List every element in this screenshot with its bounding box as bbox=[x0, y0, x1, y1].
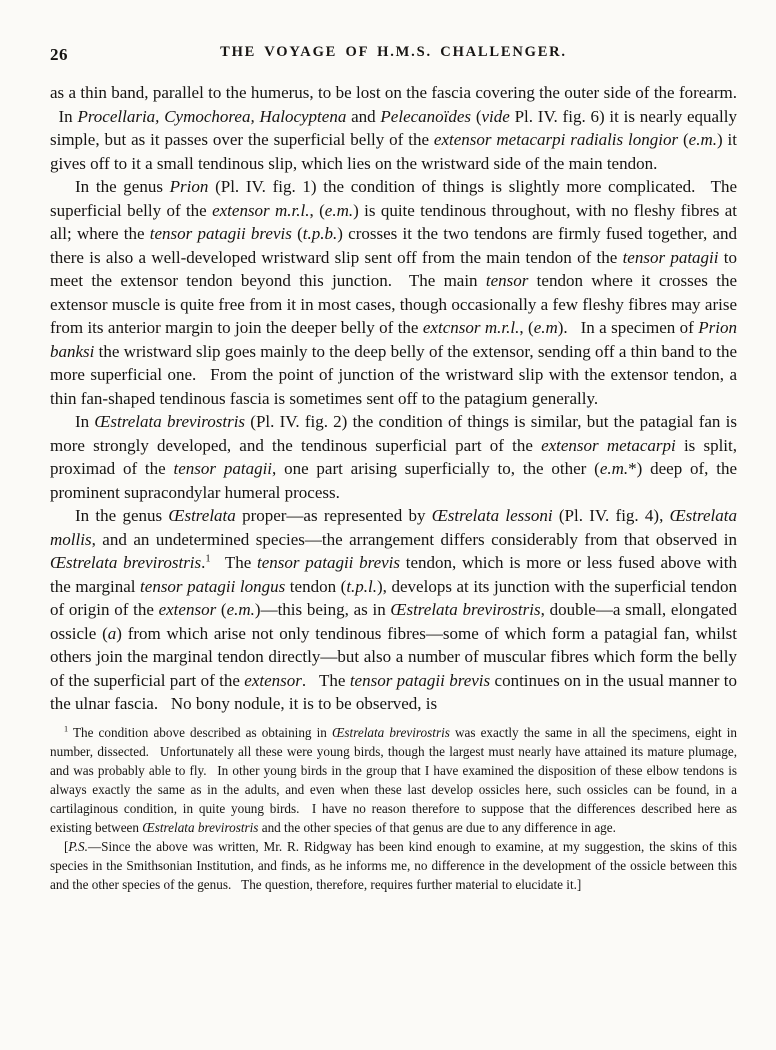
italic-text: extcnsor m.r.l. bbox=[423, 318, 519, 337]
footnote-paragraph: 1 The condition above described as obtai… bbox=[50, 723, 737, 837]
italic-text: extensor metacarpi radialis longior bbox=[434, 130, 678, 149]
italic-text: e.m. bbox=[600, 459, 628, 478]
italic-text: Œstrelata brevirostris bbox=[50, 553, 201, 572]
footnotes-block: 1 The condition above described as obtai… bbox=[50, 723, 737, 894]
footnote-reference: 1 bbox=[64, 724, 68, 733]
italic-text: tensor patagii longus bbox=[140, 577, 285, 596]
italic-text: t.p.l. bbox=[346, 577, 377, 596]
paragraph: In the genus Œstrelata proper—as represe… bbox=[50, 504, 737, 716]
italic-text: Pelecanoïdes bbox=[380, 107, 471, 126]
italic-text: tensor bbox=[486, 271, 529, 290]
italic-text: e.m bbox=[534, 318, 558, 337]
italic-text: tensor patagii bbox=[174, 459, 272, 478]
italic-text: t.p.b. bbox=[303, 224, 337, 243]
footnote-reference: 1 bbox=[205, 553, 210, 564]
italic-text: Œstrelata brevirostris bbox=[390, 600, 540, 619]
italic-text: a bbox=[108, 624, 117, 643]
italic-text: e.m. bbox=[325, 201, 353, 220]
italic-text: Œstrelata brevirostris bbox=[142, 820, 258, 835]
italic-text: tensor patagii brevis bbox=[257, 553, 400, 572]
italic-text: extensor m.r.l. bbox=[212, 201, 309, 220]
italic-text: Œstrelata bbox=[168, 506, 235, 525]
italic-text: Procellaria, Cymochorea, Halocyptena bbox=[77, 107, 346, 126]
running-title: THE VOYAGE OF H.M.S. CHALLENGER. bbox=[50, 44, 737, 61]
footnote-paragraph: [P.S.—Since the above was written, Mr. R… bbox=[50, 837, 737, 894]
italic-text: Œstrelata mollis bbox=[50, 506, 737, 549]
italic-text: tensor patagii bbox=[623, 248, 719, 267]
italic-text: P.S. bbox=[68, 839, 88, 854]
italic-text: extensor metacarpi bbox=[541, 436, 676, 455]
italic-text: tensor patagii brevis bbox=[150, 224, 292, 243]
italic-text: vide bbox=[482, 107, 510, 126]
italic-text: Prion banksi bbox=[50, 318, 737, 361]
italic-text: Œstrelata lessoni bbox=[432, 506, 553, 525]
italic-text: extensor bbox=[244, 671, 302, 690]
paragraph: In Œstrelata brevirostris (Pl. IV. fig. … bbox=[50, 410, 737, 504]
italic-text: Œstrelata brevirostris bbox=[332, 725, 450, 740]
page-number: 26 bbox=[50, 45, 68, 65]
main-text-block: as a thin band, parallel to the humerus,… bbox=[50, 81, 737, 716]
book-page: 26 THE VOYAGE OF H.M.S. CHALLENGER. as a… bbox=[0, 0, 776, 1050]
paragraph: In the genus Prion (Pl. IV. fig. 1) the … bbox=[50, 175, 737, 410]
italic-text: tensor patagii brevis bbox=[350, 671, 490, 690]
page-header: 26 THE VOYAGE OF H.M.S. CHALLENGER. bbox=[50, 44, 737, 66]
paragraph: as a thin band, parallel to the humerus,… bbox=[50, 81, 737, 175]
italic-text: Prion bbox=[170, 177, 209, 196]
italic-text: Œstrelata brevirostris bbox=[94, 412, 245, 431]
italic-text: e.m. bbox=[227, 600, 255, 619]
italic-text: e.m. bbox=[689, 130, 717, 149]
italic-text: extensor bbox=[159, 600, 217, 619]
